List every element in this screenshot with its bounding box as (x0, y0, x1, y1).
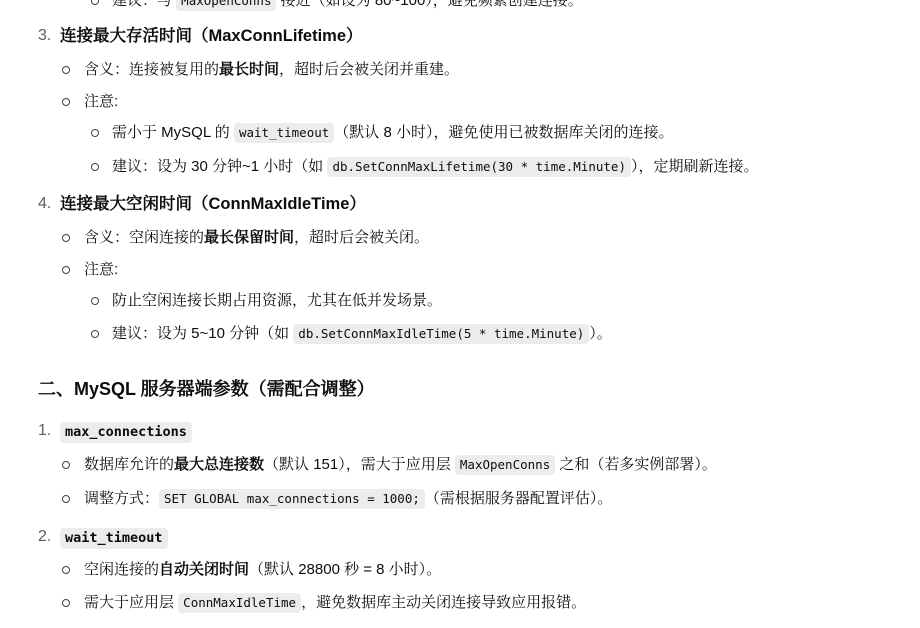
text-segment: ，避免数据库主动关闭连接导致应用报错。 (301, 594, 586, 611)
line-text: 二、MySQL 服务器端参数（需配合调整） (38, 378, 375, 400)
text-segment: 之和（若多实例部署）。 (555, 456, 717, 473)
text-segment: （默认 8 小时），避免使用已被数据库关闭的连接。 (334, 124, 673, 141)
bullet-marker (62, 66, 70, 74)
line-text: 含义：连接被复用的最长时间，超时后会被关闭并重建。 (84, 60, 459, 79)
text-segment: ，超时后会被关闭。 (294, 229, 429, 246)
text-segment: 接近（如设为 80~100），避免频繁创建连接。 (276, 0, 582, 9)
inline-code: db.SetConnMaxLifetime(30 * time.Minute) (327, 157, 631, 177)
line-text: wait_timeout (60, 527, 168, 548)
inline-code: db.SetConnMaxIdleTime(5 * time.Minute) (293, 324, 589, 344)
bold-text: 二、MySQL 服务器端参数（需配合调整） (38, 379, 375, 399)
bullet-marker (62, 599, 70, 607)
list-number: 2. (38, 527, 51, 547)
bullet-marker (62, 461, 70, 469)
bullet-marker (91, 330, 99, 338)
text-segment: 含义：连接被复用的 (84, 61, 219, 78)
line-text: 含义：空闲连接的最长保留时间，超时后会被关闭。 (84, 228, 429, 247)
line-text: 调整方式：SET GLOBAL max_connections = 1000;（… (84, 489, 612, 508)
line-text: 防止空闲连接长期占用资源，尤其在低并发场景。 (112, 291, 442, 310)
line-text: 注意: (84, 92, 118, 111)
text-segment: 防止空闲连接长期占用资源，尤其在低并发场景。 (112, 292, 442, 309)
line-text: 需小于 MySQL 的 wait_timeout（默认 8 小时），避免使用已被… (112, 123, 673, 142)
bullet-marker (62, 266, 70, 274)
line-text: max_connections (60, 421, 192, 442)
text-segment: （默认 151），需大于应用层 (264, 456, 455, 473)
text-segment: 数据库允许的 (84, 456, 174, 473)
bold-text: 最长时间 (219, 61, 279, 78)
line-text: 需大于应用层 ConnMaxIdleTime，避免数据库主动关闭连接导致应用报错… (84, 593, 586, 612)
bold-text: 最长保留时间 (204, 229, 294, 246)
inline-code-title: wait_timeout (60, 528, 168, 549)
bold-text: 连接最大存活时间（MaxConnLifetime） (60, 27, 363, 45)
bullet-marker (91, 163, 99, 171)
bullet-marker (91, 129, 99, 137)
bullet-marker (91, 297, 99, 305)
bold-text: 连接最大空闲时间（ConnMaxIdleTime） (60, 195, 366, 213)
line-text: 连接最大空闲时间（ConnMaxIdleTime） (60, 194, 366, 214)
text-segment: 需小于 MySQL 的 (112, 124, 234, 141)
text-segment: 注意: (84, 93, 118, 110)
list-number: 1. (38, 421, 51, 441)
text-segment: 注意: (84, 261, 118, 278)
text-segment: 需大于应用层 (84, 594, 178, 611)
text-segment: 建议：与 (112, 0, 176, 9)
text-segment: 空闲连接的 (84, 561, 159, 578)
bold-text: 自动关闭时间 (159, 561, 249, 578)
inline-code: SET GLOBAL max_connections = 1000; (159, 489, 425, 509)
inline-code: MaxOpenConns (176, 0, 276, 11)
line-text: 数据库允许的最大总连接数（默认 151），需大于应用层 MaxOpenConns… (84, 455, 717, 474)
line-text: 连接最大存活时间（MaxConnLifetime） (60, 26, 363, 46)
bullet-marker (62, 495, 70, 503)
text-segment: （需根据服务器配置评估）。 (425, 490, 613, 507)
bold-text: 最大总连接数 (174, 456, 264, 473)
list-number: 4. (38, 194, 51, 214)
text-segment: 含义：空闲连接的 (84, 229, 204, 246)
line-text: 建议：设为 5~10 分钟（如 db.SetConnMaxIdleTime(5 … (112, 324, 612, 343)
line-text: 建议：设为 30 分钟~1 小时（如 db.SetConnMaxLifetime… (112, 157, 758, 176)
bullet-marker (62, 566, 70, 574)
text-segment: 调整方式： (84, 490, 159, 507)
bullet-marker (62, 98, 70, 106)
inline-code: ConnMaxIdleTime (178, 593, 301, 613)
text-segment: （默认 28800 秒 = 8 小时）。 (249, 561, 441, 578)
line-text: 空闲连接的自动关闭时间（默认 28800 秒 = 8 小时）。 (84, 560, 441, 579)
markdown-document: 建议：与 MaxOpenConns 接近（如设为 80~100），避免频繁创建连… (0, 0, 920, 628)
list-number: 3. (38, 26, 51, 46)
text-segment: ）。 (589, 325, 612, 342)
inline-code: wait_timeout (234, 123, 334, 143)
inline-code-title: max_connections (60, 422, 192, 443)
text-segment: ），定期刷新连接。 (631, 158, 759, 175)
inline-code: MaxOpenConns (455, 455, 555, 475)
line-text: 建议：与 MaxOpenConns 接近（如设为 80~100），避免频繁创建连… (112, 0, 583, 10)
bullet-marker (62, 234, 70, 242)
text-segment: 建议：设为 5~10 分钟（如 (112, 325, 293, 342)
bullet-marker (91, 0, 99, 5)
text-segment: 建议：设为 30 分钟~1 小时（如 (112, 158, 327, 175)
line-text: 注意: (84, 260, 118, 279)
text-segment: ，超时后会被关闭并重建。 (279, 61, 459, 78)
